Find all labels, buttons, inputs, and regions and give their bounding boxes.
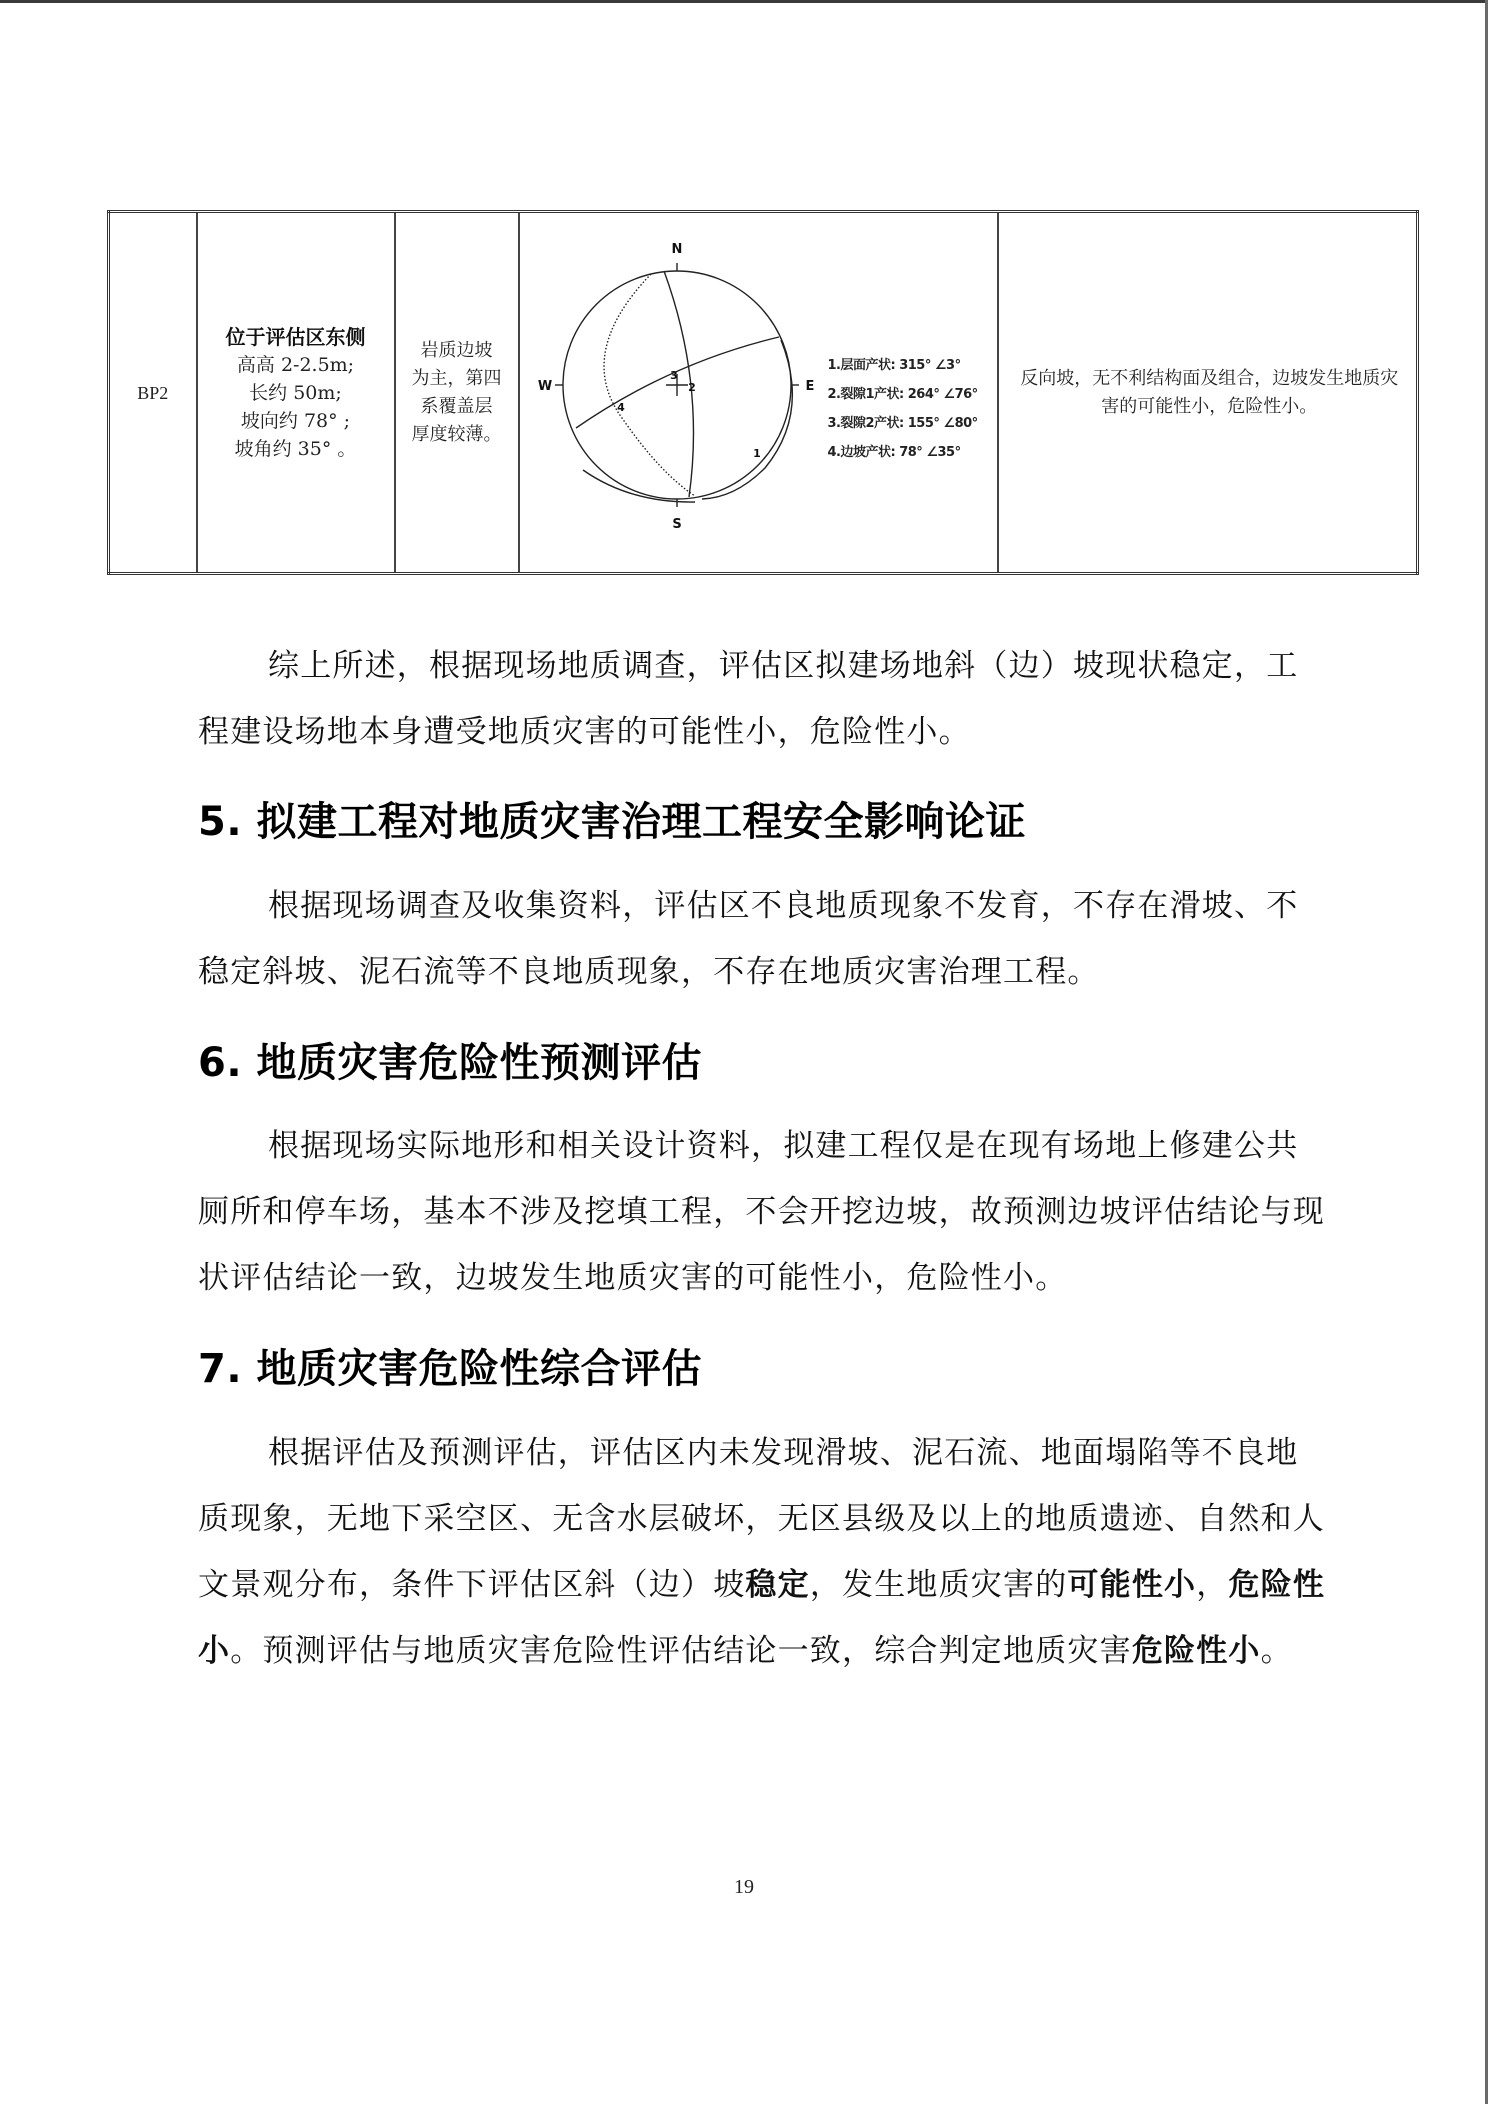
emphasis-stable: 稳定	[745, 1567, 809, 1603]
emphasis-low-risk-final: 危险性小	[1132, 1633, 1261, 1669]
section-5-heading: 5. 拟建工程对地质灾害治理工程安全影响论证	[198, 794, 1026, 850]
west-label: W	[537, 379, 551, 394]
section-5-paragraph: 根据现场调查及收集资料，评估区不良地质现象不发育，不存在滑坡、不稳定斜坡、泥石流…	[198, 873, 1328, 1005]
slope-location-cell: 位于评估区东侧 高高 2-2.5m; 长约 50m; 坡向约 78° ; 坡角约…	[197, 212, 395, 574]
plane-label-4: 4	[617, 401, 625, 414]
slope-type-line: 为主，第四	[397, 365, 517, 393]
plane-label-3: 3	[670, 369, 678, 382]
slope-stability-table: BP2 位于评估区东侧 高高 2-2.5m; 长约 50m; 坡向约 78° ;…	[107, 210, 1419, 575]
stereonet-cell: N S W E 3 2 4 1 1.层面产状: 315° ∠3° 2.裂隙1产状…	[519, 212, 998, 574]
section-6-paragraph: 根据现场实际地形和相关设计资料，拟建工程仅是在现有场地上修建公共厕所和停车场，基…	[198, 1113, 1328, 1311]
slope-id-cell: BP2	[109, 212, 197, 574]
page-top-border	[0, 0, 1488, 3]
location-aspect: 坡向约 78° ;	[198, 407, 394, 435]
section-7-paragraph: 根据评估及预测评估，评估区内未发现滑坡、泥石流、地面塌陷等不良地质现象，无地下采…	[198, 1420, 1328, 1684]
stereonet-legend: 1.层面产状: 315° ∠3° 2.裂隙1产状: 264° ∠76° 3.裂隙…	[828, 351, 978, 467]
north-label: N	[671, 242, 682, 257]
south-label: S	[672, 517, 681, 532]
slope-type-line: 厚度较薄。	[397, 421, 517, 449]
section-6-text: 根据现场实际地形和相关设计资料，拟建工程仅是在现有场地上修建公共厕所和停车场，基…	[198, 1128, 1325, 1296]
summary-paragraph: 综上所述，根据现场地质调查，评估区拟建场地斜（边）坡现状稳定，工程建设场地本身遭…	[198, 633, 1328, 765]
plane-label-1: 1	[753, 447, 761, 460]
section-7-text: ，	[1196, 1567, 1228, 1603]
section-6-heading: 6. 地质灾害危险性预测评估	[198, 1035, 702, 1091]
section-7-text: ，发生地质灾害的	[810, 1567, 1068, 1603]
slope-type-line: 岩质边坡	[397, 337, 517, 365]
legend-item: 3.裂隙2产状: 155° ∠80°	[828, 409, 978, 438]
summary-text: 综上所述，根据现场地质调查，评估区拟建场地斜（边）坡现状稳定，工程建设场地本身遭…	[198, 648, 1298, 750]
plane-label-2: 2	[688, 381, 696, 394]
location-angle: 坡角约 35° 。	[198, 435, 394, 463]
location-length: 长约 50m;	[198, 379, 394, 407]
slope-type-cell: 岩质边坡 为主，第四 系覆盖层 厚度较薄。	[395, 212, 519, 574]
section-7-heading: 7. 地质灾害危险性综合评估	[198, 1341, 702, 1397]
legend-item: 2.裂隙1产状: 264° ∠76°	[828, 380, 978, 409]
section-7-text: 。	[1261, 1633, 1293, 1669]
legend-item: 1.层面产状: 315° ∠3°	[828, 351, 978, 380]
emphasis-low-probability: 可能性小	[1067, 1567, 1196, 1603]
section-5-text: 根据现场调查及收集资料，评估区不良地质现象不发育，不存在滑坡、不稳定斜坡、泥石流…	[198, 888, 1298, 990]
location-title: 位于评估区东侧	[198, 323, 394, 351]
slope-type-line: 系覆盖层	[397, 393, 517, 421]
east-label: E	[805, 379, 814, 394]
page-number: 19	[0, 1876, 1488, 1899]
evaluation-result-cell: 反向坡，无不利结构面及组合，边坡发生地质灾害的可能性小，危险性小。	[998, 212, 1418, 574]
legend-item: 4.边坡产状: 78° ∠35°	[828, 438, 978, 467]
table-row: BP2 位于评估区东侧 高高 2-2.5m; 长约 50m; 坡向约 78° ;…	[109, 212, 1418, 574]
location-height: 高高 2-2.5m;	[198, 351, 394, 379]
section-7-text: 。预测评估与地质灾害危险性评估结论一致，综合判定地质灾害	[230, 1633, 1132, 1669]
